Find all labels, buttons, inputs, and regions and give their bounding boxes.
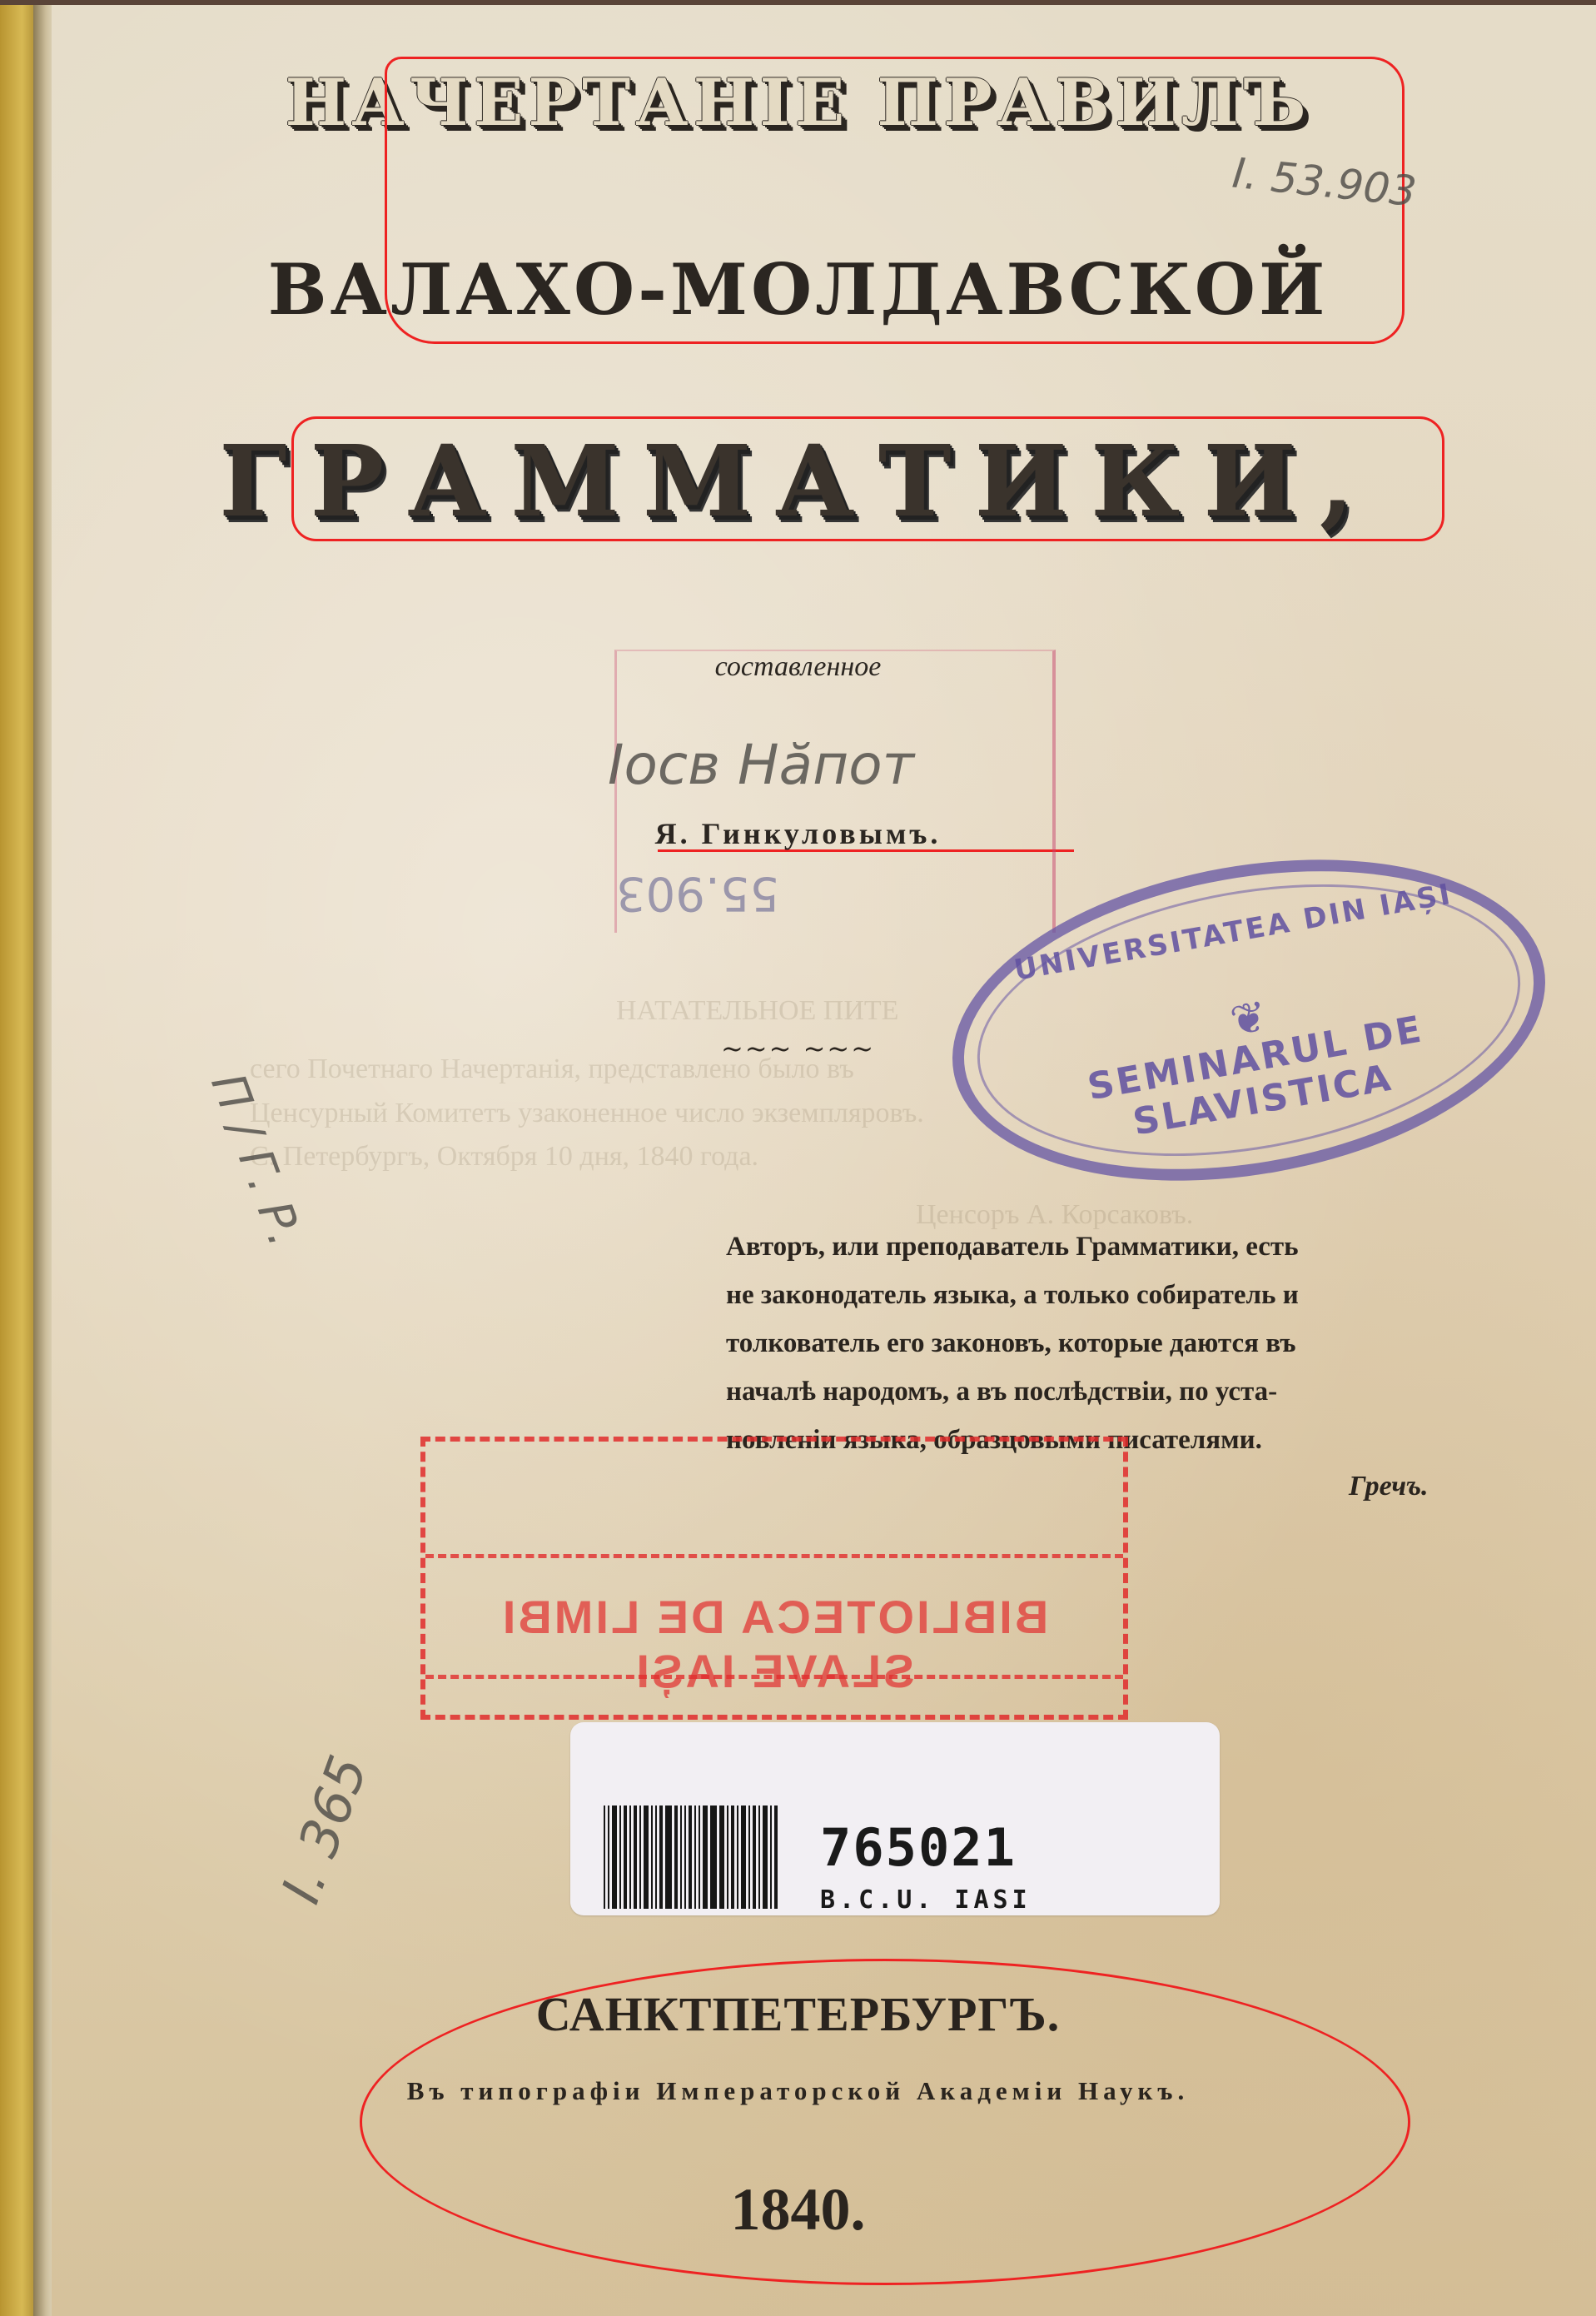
barcode-bar xyxy=(710,1805,717,1909)
barcode-bar xyxy=(651,1805,653,1909)
barcode-bar xyxy=(659,1805,663,1909)
library-stamp-text: BIBLIOTECA DE LIMBI SLAVE IAȘI xyxy=(425,1590,1123,1698)
bleed-through-text: Ценсурный Комитетъ узаконенное число экз… xyxy=(250,1098,924,1129)
barcode-bar xyxy=(639,1805,641,1909)
library-stamp: BIBLIOTECA DE LIMBI SLAVE IAȘI xyxy=(420,1437,1128,1720)
violet-number-stamp: 55.903 xyxy=(616,866,779,920)
barcode-bar xyxy=(770,1805,772,1909)
barcode-number: 765021 xyxy=(820,1817,1017,1878)
epigraph-line: Авторъ, или преподаватель Грамматики, ес… xyxy=(726,1223,1459,1271)
barcode-bar xyxy=(758,1805,760,1909)
barcode-bar xyxy=(619,1805,621,1909)
barcode-library: B.C.U. IASI xyxy=(820,1885,1032,1915)
barcode-bar xyxy=(684,1805,686,1909)
barcode-bar xyxy=(624,1805,627,1909)
barcode-bar xyxy=(694,1805,696,1909)
barcode-bar xyxy=(741,1805,746,1909)
epigraph-attribution: Гречъ. xyxy=(1349,1471,1429,1502)
barcode-bar xyxy=(719,1805,724,1909)
barcode-bar xyxy=(699,1805,700,1909)
barcode-bar xyxy=(703,1805,708,1909)
title-line-3: ГРАММАТИКИ, xyxy=(0,423,1596,539)
bleed-through-text: НАТАТЕЛЬНОЕ ПИТЕ xyxy=(616,995,898,1027)
barcode-bar xyxy=(612,1805,617,1909)
barcode-bar xyxy=(665,1805,672,1909)
page-top-edge xyxy=(0,0,1596,5)
barcode-bar xyxy=(737,1805,738,1909)
bleed-through-text: С. Петербургъ, Октября 10 дня, 1840 года… xyxy=(250,1141,758,1173)
barcode-bar xyxy=(608,1805,609,1909)
barcode-bar xyxy=(644,1805,649,1909)
barcode-bar xyxy=(604,1805,605,1909)
barcode-bar xyxy=(753,1805,756,1909)
barcode-bar xyxy=(680,1805,682,1909)
title-line-1: НАЧЕРТАНІЕ ПРАВИЛЪ xyxy=(0,65,1596,141)
epigraph-line: не законодатель языка, а только собирате… xyxy=(726,1271,1459,1319)
barcode-bar xyxy=(731,1805,734,1909)
barcode-bar xyxy=(634,1805,637,1909)
imprint-press: Въ типографіи Императорской Академіи Нау… xyxy=(0,2076,1596,2106)
handwritten-name: Іосв Нăпот xyxy=(608,733,914,797)
barcode-icon xyxy=(604,1805,808,1909)
barcode-sticker: 765021 B.C.U. IASI xyxy=(570,1722,1220,1915)
barcode-bar xyxy=(629,1805,631,1909)
barcode-bar xyxy=(727,1805,728,1909)
imprint-year: 1840. xyxy=(0,2175,1596,2244)
epigraph-line: толкователь его законовъ, которые даются… xyxy=(726,1319,1459,1367)
barcode-bar xyxy=(674,1805,678,1909)
epigraph-line: началѣ народомъ, а въ послѣдствіи, по ус… xyxy=(726,1367,1459,1416)
barcode-bar xyxy=(763,1805,768,1909)
epigraph: Авторъ, или преподаватель Грамматики, ес… xyxy=(726,1223,1459,1464)
barcode-bar xyxy=(748,1805,750,1909)
barcode-bar xyxy=(655,1805,657,1909)
barcode-bar xyxy=(689,1805,692,1909)
title-line-2: ВАЛАХО-МОЛДАВСКОЙ xyxy=(0,248,1596,331)
author-name: Я. Гинкуловымъ. xyxy=(0,816,1596,851)
barcode-bar xyxy=(774,1805,778,1909)
imprint-city: САНКТПЕТЕРБУРГЪ. xyxy=(0,1986,1596,2042)
